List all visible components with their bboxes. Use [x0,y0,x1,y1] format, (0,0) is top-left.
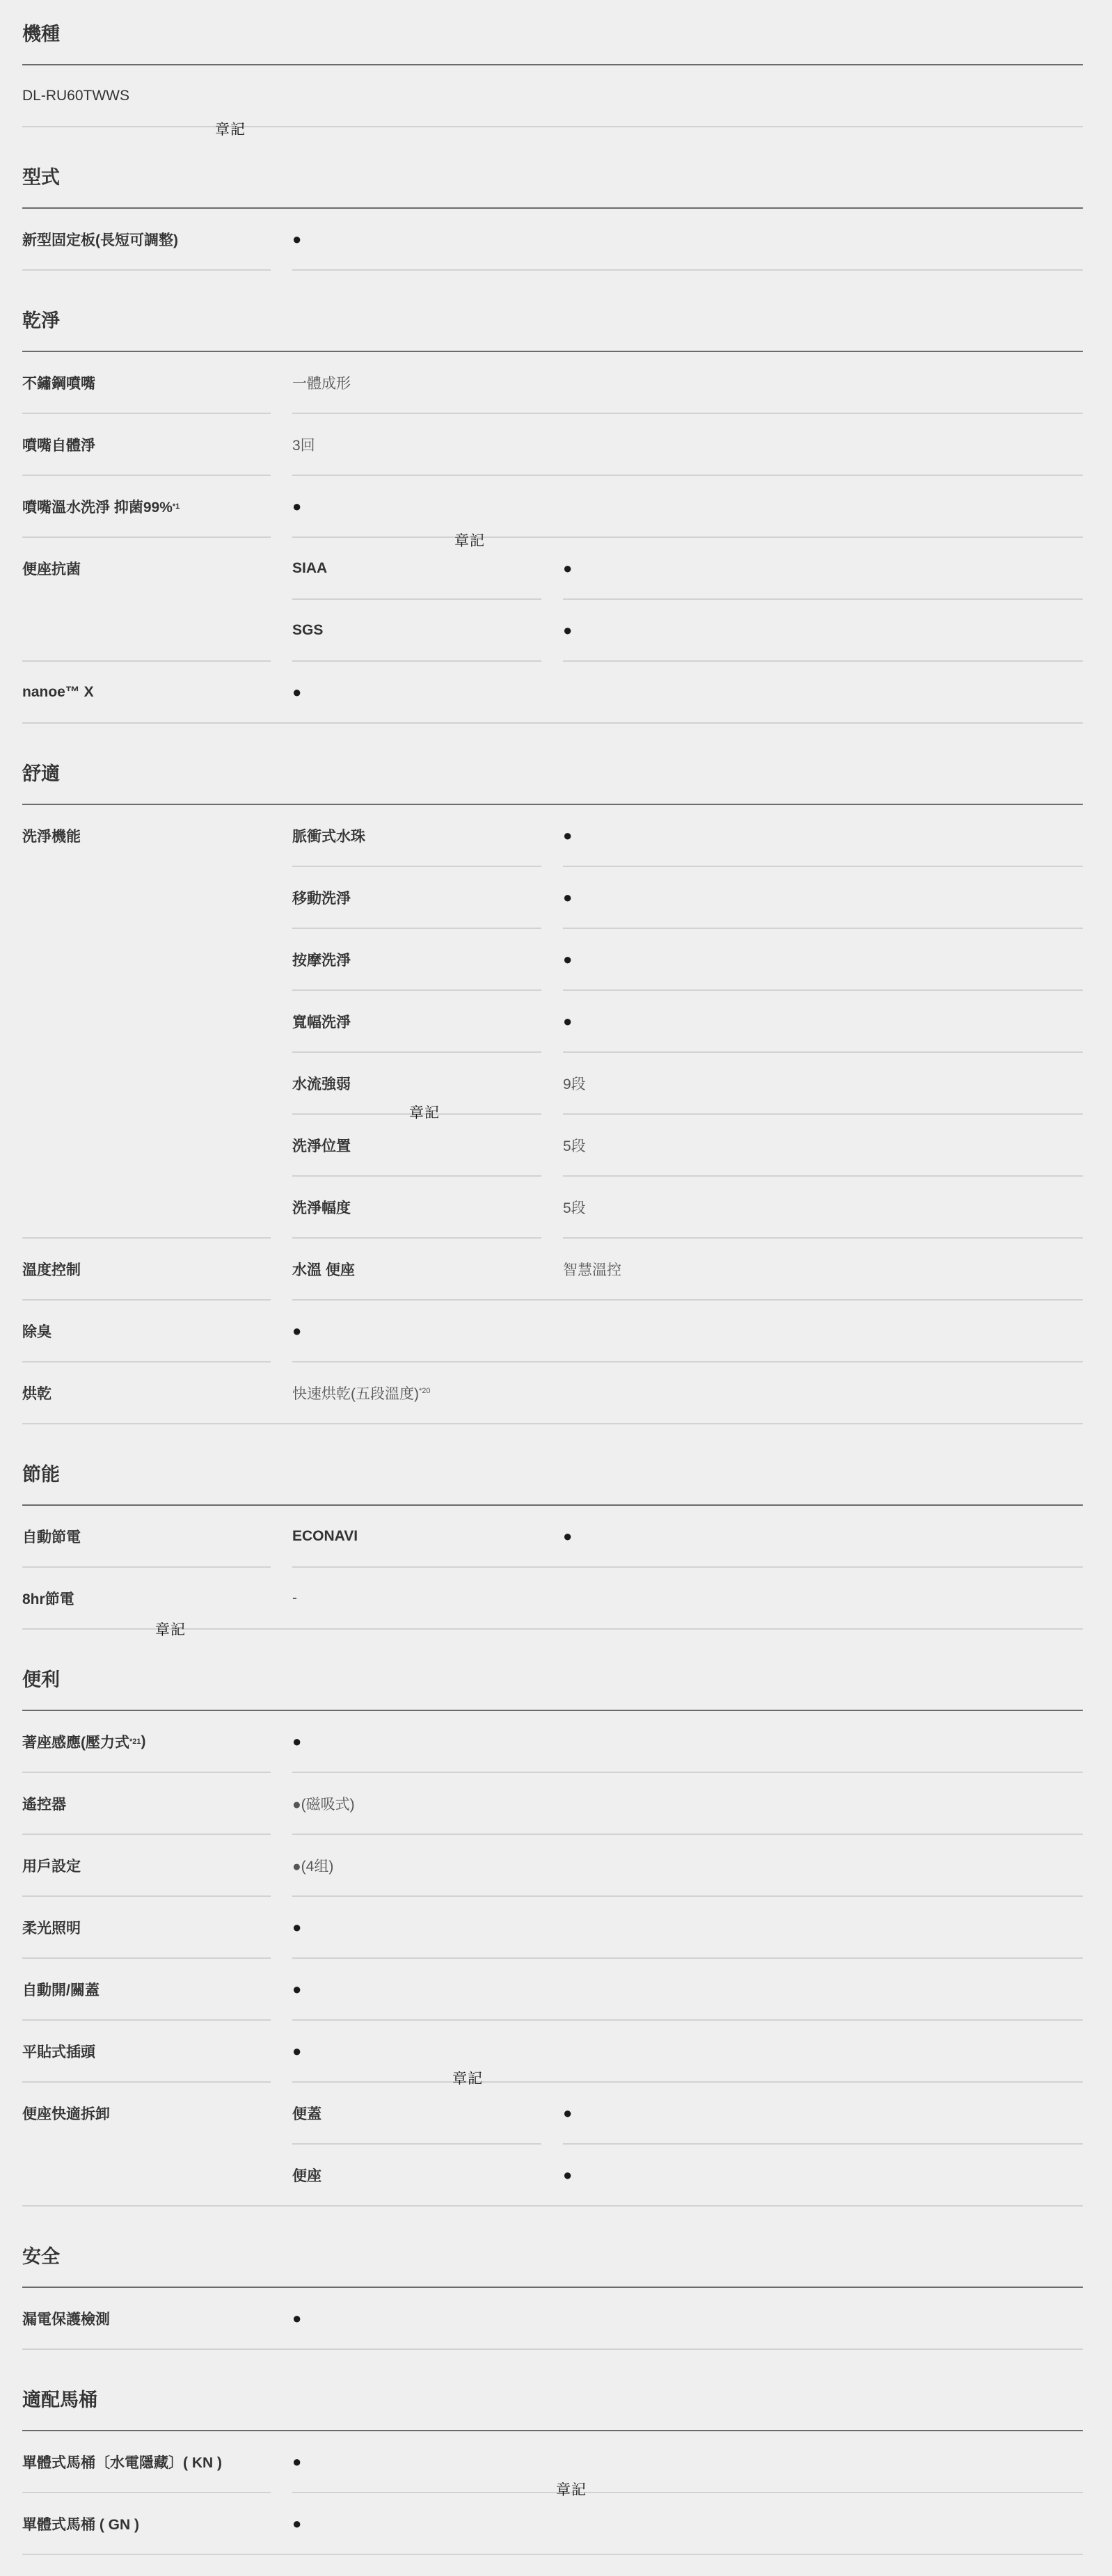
spec-row-full: nanoe™ X ● [22,662,1083,724]
spec-row: 溫度控制 水溫 便座 智慧溫控 [22,1239,1083,1301]
spec-label: 自動節電 [22,1506,271,1568]
section-title: 節能 [22,1440,1083,1506]
section-title-text: 型式 [22,162,60,189]
sub-value: ● [563,991,1083,1053]
spec-subrow: 便蓋 ● [292,2083,1083,2145]
spec-subrow: ECONAVI ● [292,1506,1083,1568]
sub-label: 脈衝式水珠 [292,805,541,867]
spec-label-text: 著座感應(壓力式 [22,1731,129,1752]
section-model: 機種 DL-RU60TWWS [22,0,1083,127]
section-clean: 乾淨 不鏽鋼噴嘴 一體成形 噴嘴自體淨 3回 噴嘴溫水洗淨 抑菌99%*1 ● … [22,287,1083,724]
spec-row-full: 烘乾 快速烘乾(五段溫度)*20 [22,1362,1083,1424]
section-title: 乾淨 [22,287,1083,352]
section-title-text: 適配馬桶 [22,2385,97,2412]
section-compatible-toilets: 適配馬桶 單體式馬桶〔水電隱藏〕( KN ) ● 單體式馬桶 ( GN ) ● [22,2366,1083,2555]
spec-label: 單體式馬桶 ( GN ) [22,2513,292,2534]
spec-subrow: 按摩洗淨 ● [292,929,1083,991]
spec-label: 除臭 [22,1301,271,1362]
spec-row: 單體式馬桶 ( GN ) ● [22,2493,1083,2555]
stamp-mark: 章記 [556,2483,587,2497]
spec-row: 單體式馬桶〔水電隱藏〕( KN ) ● [22,2431,1083,2493]
stamp-mark: 章記 [409,1106,440,1120]
sub-value: ● [563,805,1083,867]
sub-label: 寬幅洗淨 [292,991,541,1053]
spec-label: 洗淨機能 [22,805,271,866]
spec-value: - [292,1590,297,1607]
spec-row: 漏電保護檢測 ● [22,2288,1083,2350]
spec-value: 一體成形 [292,352,1083,414]
spec-value: ● [292,1711,1083,1773]
spec-value-text: 快速烘乾(五段溫度) [292,1386,419,1402]
spec-row: 平貼式插頭 ● [22,2021,1083,2083]
sub-label: 水溫 便座 [292,1259,563,1280]
spec-value: ● [292,1301,1083,1362]
stamp-mark: 章記 [215,122,246,137]
sub-value: ● [563,929,1083,991]
spec-row-full: 8hr節電 - [22,1568,1083,1630]
spec-row: 用戶設定 ●(4组) [22,1835,1083,1897]
sub-label: 洗淨位置 [292,1115,541,1177]
spec-subrow: SGS ● [292,600,1083,662]
section-title-text: 機種 [22,19,60,46]
spec-label: 柔光照明 [22,1897,271,1959]
spec-value: ● [292,2431,1083,2493]
spec-label-cell: 便座抗菌 [22,538,271,662]
spec-label: nanoe™ X [22,684,292,701]
section-type: 型式 新型固定板(長短可調整) ● [22,143,1083,271]
section-title: 型式 [22,143,1083,209]
spec-row: 著座感應(壓力式*21) ● [22,1711,1083,1773]
sub-label: 便座 [271,2145,541,2207]
spec-row: 新型固定板(長短可調整) ● [22,209,1083,271]
spec-value: ● [292,2515,301,2533]
spec-row: 除臭 ● [22,1301,1083,1362]
spec-label: 遙控器 [22,1773,271,1835]
sub-value: 5段 [563,1115,1083,1177]
sub-label: 按摩洗淨 [292,929,541,991]
section-title: 便利 [22,1646,1083,1711]
section-title: 適配馬桶 [22,2366,1083,2431]
spec-label: 新型固定板(長短可調整) [22,209,271,271]
stamp-mark: 章記 [452,2072,483,2086]
spec-value: ● [292,476,1083,538]
spec-row: 噴嘴溫水洗淨 抑菌99%*1 ● [22,476,1083,538]
section-title: 安全 [22,2223,1083,2288]
spec-value: ● [292,1897,1083,1959]
section-title-text: 節能 [22,1459,60,1486]
sub-value: ● [541,2145,1083,2207]
spec-value: 3回 [292,414,1083,476]
spec-label: 自動開/關蓋 [22,1959,271,2021]
spec-row-group: 便座抗菌 SIAA ● SGS ● [22,538,1083,662]
spec-row: 自動開/關蓋 ● [22,1959,1083,2021]
spec-subrow: 便座 ● [271,2145,1083,2207]
spec-row-group: 洗淨機能 脈衝式水珠 ● 移動洗淨 ● 按摩洗淨 ● 寬幅洗淨 ● [22,805,1083,1239]
sub-value: 5段 [563,1177,1083,1239]
spec-value: 快速烘乾(五段溫度)*20 [292,1383,431,1404]
section-energy: 節能 自動節電 ECONAVI ● 8hr節電 - [22,1440,1083,1630]
sub-value: ● [563,867,1083,929]
sub-value: 9段 [563,1053,1083,1115]
sub-value: ● [563,538,1083,600]
sub-value: 智慧溫控 [563,1259,621,1280]
stamp-mark: 章記 [454,534,485,548]
spec-value: ●(磁吸式) [292,1773,1083,1835]
section-safety: 安全 漏電保護檢測 ● [22,2223,1083,2350]
spec-label-suffix: ) [141,1733,146,1750]
spec-row: 烘乾 快速烘乾(五段溫度)*20 [22,1362,1083,1424]
spec-row-full: 漏電保護檢測 ● [22,2288,1083,2350]
section-convenience: 便利 著座感應(壓力式*21) ● 遙控器 ●(磁吸式) 用戶設定 ●(4组) … [22,1646,1083,2207]
footnote-marker: *20 [419,1387,431,1395]
spec-label-cell: 便座快適拆卸 [22,2083,271,2207]
section-title-text: 安全 [22,2241,60,2268]
spec-label: 著座感應(壓力式*21) [22,1711,271,1773]
sub-label: ECONAVI [292,1528,563,1545]
spec-subrow: 洗淨位置 5段 [292,1115,1083,1177]
spec-value: ● [292,2021,1083,2083]
spec-value: ● [292,209,1083,271]
spec-subrow: 脈衝式水珠 ● [292,805,1083,867]
spec-label: 噴嘴自體淨 [22,414,271,476]
spec-value: ●(4组) [292,1835,1083,1897]
spec-subrow: 寬幅洗淨 ● [292,991,1083,1053]
sub-label: SIAA [292,538,541,600]
spec-row: 柔光照明 ● [22,1897,1083,1959]
spec-label: 漏電保護檢測 [22,2308,292,2329]
spec-label-text: 噴嘴溫水洗淨 抑菌99% [22,496,173,517]
spec-label: 8hr節電 [22,1588,292,1609]
spec-value: ● [292,683,301,701]
section-title-text: 便利 [22,1664,60,1692]
spec-label: 不鏽鋼噴嘴 [22,352,271,414]
spec-row: 噴嘴自體淨 3回 [22,414,1083,476]
stamp-mark: 章記 [155,1623,186,1637]
section-comfort: 舒適 洗淨機能 脈衝式水珠 ● 移動洗淨 ● 按摩洗淨 ● [22,740,1083,1424]
section-title-text: 乾淨 [22,305,60,333]
sub-value: ● [563,1527,572,1545]
spec-label-cell: 洗淨機能 [22,805,271,1239]
sub-value: ● [563,600,1083,662]
spec-label: 烘乾 [22,1383,292,1404]
spec-row: 8hr節電 - [22,1568,1083,1630]
spec-label: 噴嘴溫水洗淨 抑菌99%*1 [22,476,271,538]
spec-row: nanoe™ X ● [22,662,1083,724]
section-title: 舒適 [22,740,1083,805]
spec-table: 機種 DL-RU60TWWS 型式 新型固定板(長短可調整) ● 乾淨 不鏽鋼噴… [22,0,1083,2555]
spec-row-group: 便座快適拆卸 便蓋 ● 便座 ● [22,2083,1083,2207]
spec-subrow: 水溫 便座 智慧溫控 [292,1239,1083,1301]
spec-subrow: SIAA ● [292,538,1083,600]
spec-value: ● [292,1959,1083,2021]
sub-label: 洗淨幅度 [292,1177,541,1239]
spec-label: 用戶設定 [22,1835,271,1897]
spec-row: 自動節電 ECONAVI ● [22,1506,1083,1568]
section-title-text: 舒適 [22,758,60,786]
sub-label: SGS [292,600,541,662]
spec-row: 遙控器 ●(磁吸式) [22,1773,1083,1835]
spec-value: ● [292,2309,301,2328]
spec-row: 不鏽鋼噴嘴 一體成形 [22,352,1083,414]
spec-label: 單體式馬桶〔水電隱藏〕( KN ) [22,2431,271,2493]
spec-subrow: 移動洗淨 ● [292,867,1083,929]
sub-value: ● [563,2083,1083,2145]
model-number: DL-RU60TWWS [22,65,1083,127]
spec-label: 便座快適拆卸 [22,2083,271,2143]
spec-label: 溫度控制 [22,1239,271,1301]
section-title: 機種 [22,0,1083,65]
sub-label: 移動洗淨 [292,867,541,929]
spec-label: 平貼式插頭 [22,2021,271,2083]
sub-label: 便蓋 [292,2083,541,2145]
spec-row-full: 單體式馬桶 ( GN ) ● [22,2493,1083,2555]
spec-label: 便座抗菌 [22,538,271,598]
spec-subrow: 洗淨幅度 5段 [292,1177,1083,1239]
